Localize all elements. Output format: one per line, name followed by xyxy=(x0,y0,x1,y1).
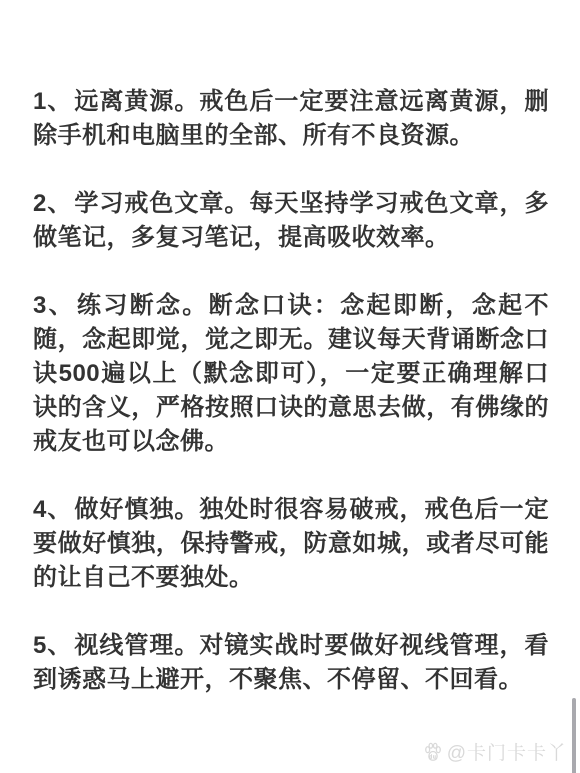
list-item: 3、练习断念。断念口诀：念起即断，念起不随，念起即觉，觉之即无。建议每天背诵断念… xyxy=(33,289,549,459)
page: 1、远离黄源。戒色后一定要注意远离黄源，删除手机和电脑里的全部、所有不良资源。 … xyxy=(0,0,580,773)
list-item: 4、做好慎独。独处时很容易破戒，戒色后一定要做好慎独，保持警戒，防意如城，或者尽… xyxy=(33,493,549,595)
list-item: 2、学习戒色文章。每天坚持学习戒色文章，多做笔记，多复习笔记，提高吸收效率。 xyxy=(33,187,549,255)
list-item-number: 2、 xyxy=(33,190,74,217)
list-item: 5、视线管理。对镜实战时要做好视线管理，看到诱惑马上避开，不聚焦、不停留、不回看… xyxy=(33,629,549,697)
article-body: 1、远离黄源。戒色后一定要注意远离黄源，删除手机和电脑里的全部、所有不良资源。 … xyxy=(33,85,549,697)
watermark: du @卡门卡卡丫 xyxy=(422,738,567,765)
svg-text:du: du xyxy=(429,754,436,760)
list-item-number: 3、 xyxy=(33,292,77,319)
scrollbar-thumb[interactable] xyxy=(572,698,576,773)
list-item-text: 远离黄源。戒色后一定要注意远离黄源，删除手机和电脑里的全部、所有不良资源。 xyxy=(33,88,549,149)
list-item-text: 练习断念。断念口诀：念起即断，念起不随，念起即觉，觉之即无。建议每天背诵断念口诀… xyxy=(33,292,549,455)
list-item: 1、远离黄源。戒色后一定要注意远离黄源，删除手机和电脑里的全部、所有不良资源。 xyxy=(33,85,549,153)
watermark-text: @卡门卡卡丫 xyxy=(447,738,567,765)
list-item-text: 视线管理。对镜实战时要做好视线管理，看到诱惑马上避开，不聚焦、不停留、不回看。 xyxy=(33,632,549,693)
list-item-number: 1、 xyxy=(33,88,74,115)
list-item-number: 4、 xyxy=(33,496,74,523)
list-item-text: 做好慎独。独处时很容易破戒，戒色后一定要做好慎独，保持警戒，防意如城，或者尽可能… xyxy=(33,496,549,591)
list-item-text: 学习戒色文章。每天坚持学习戒色文章，多做笔记，多复习笔记，提高吸收效率。 xyxy=(33,190,549,251)
baidu-paw-icon: du xyxy=(422,741,444,763)
list-item-number: 5、 xyxy=(33,632,74,659)
